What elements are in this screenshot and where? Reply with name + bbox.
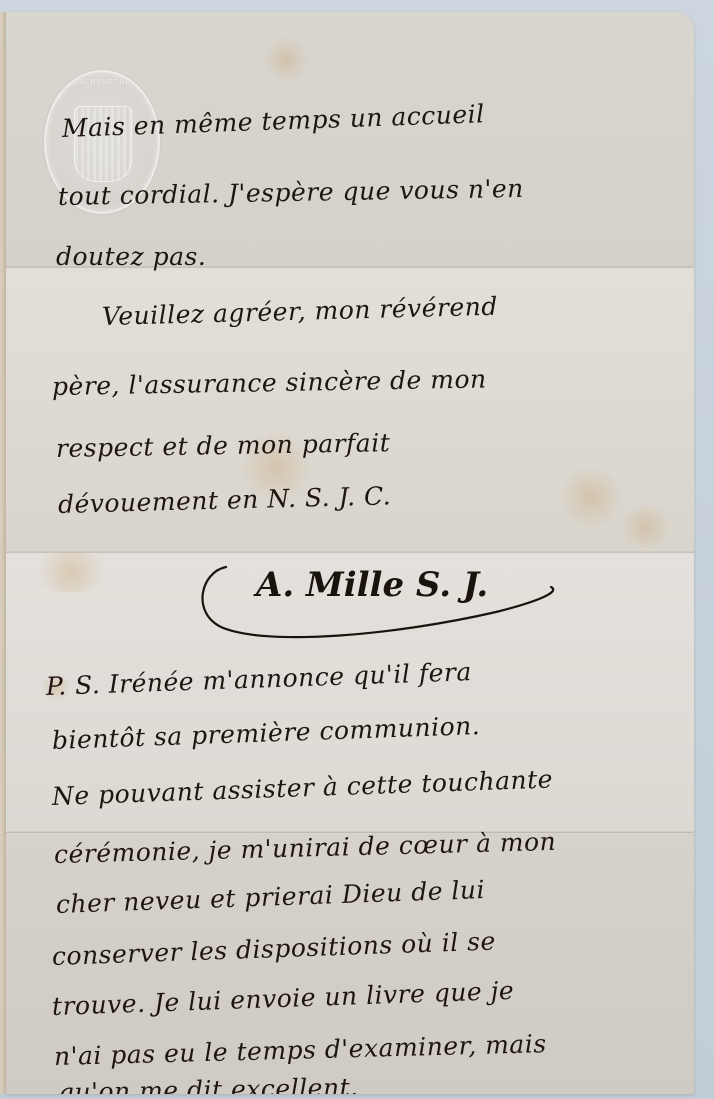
foxing-stain [556, 467, 626, 527]
fold-crease [6, 551, 694, 554]
foxing-stain [26, 552, 116, 592]
signature-flourish-icon [196, 557, 566, 652]
letter-sheet: ARCHEVÊCHÉ Mais en même temps un accueil… [6, 12, 694, 1094]
letter-line: doutez pas. [56, 242, 206, 271]
seal-inscription: ARCHEVÊCHÉ [46, 78, 158, 86]
signature-block: A. Mille S. J. [196, 557, 566, 652]
foxing-stain [261, 37, 311, 82]
foxing-stain [616, 507, 676, 547]
letter-line: respect et de mon parfait [56, 428, 391, 463]
